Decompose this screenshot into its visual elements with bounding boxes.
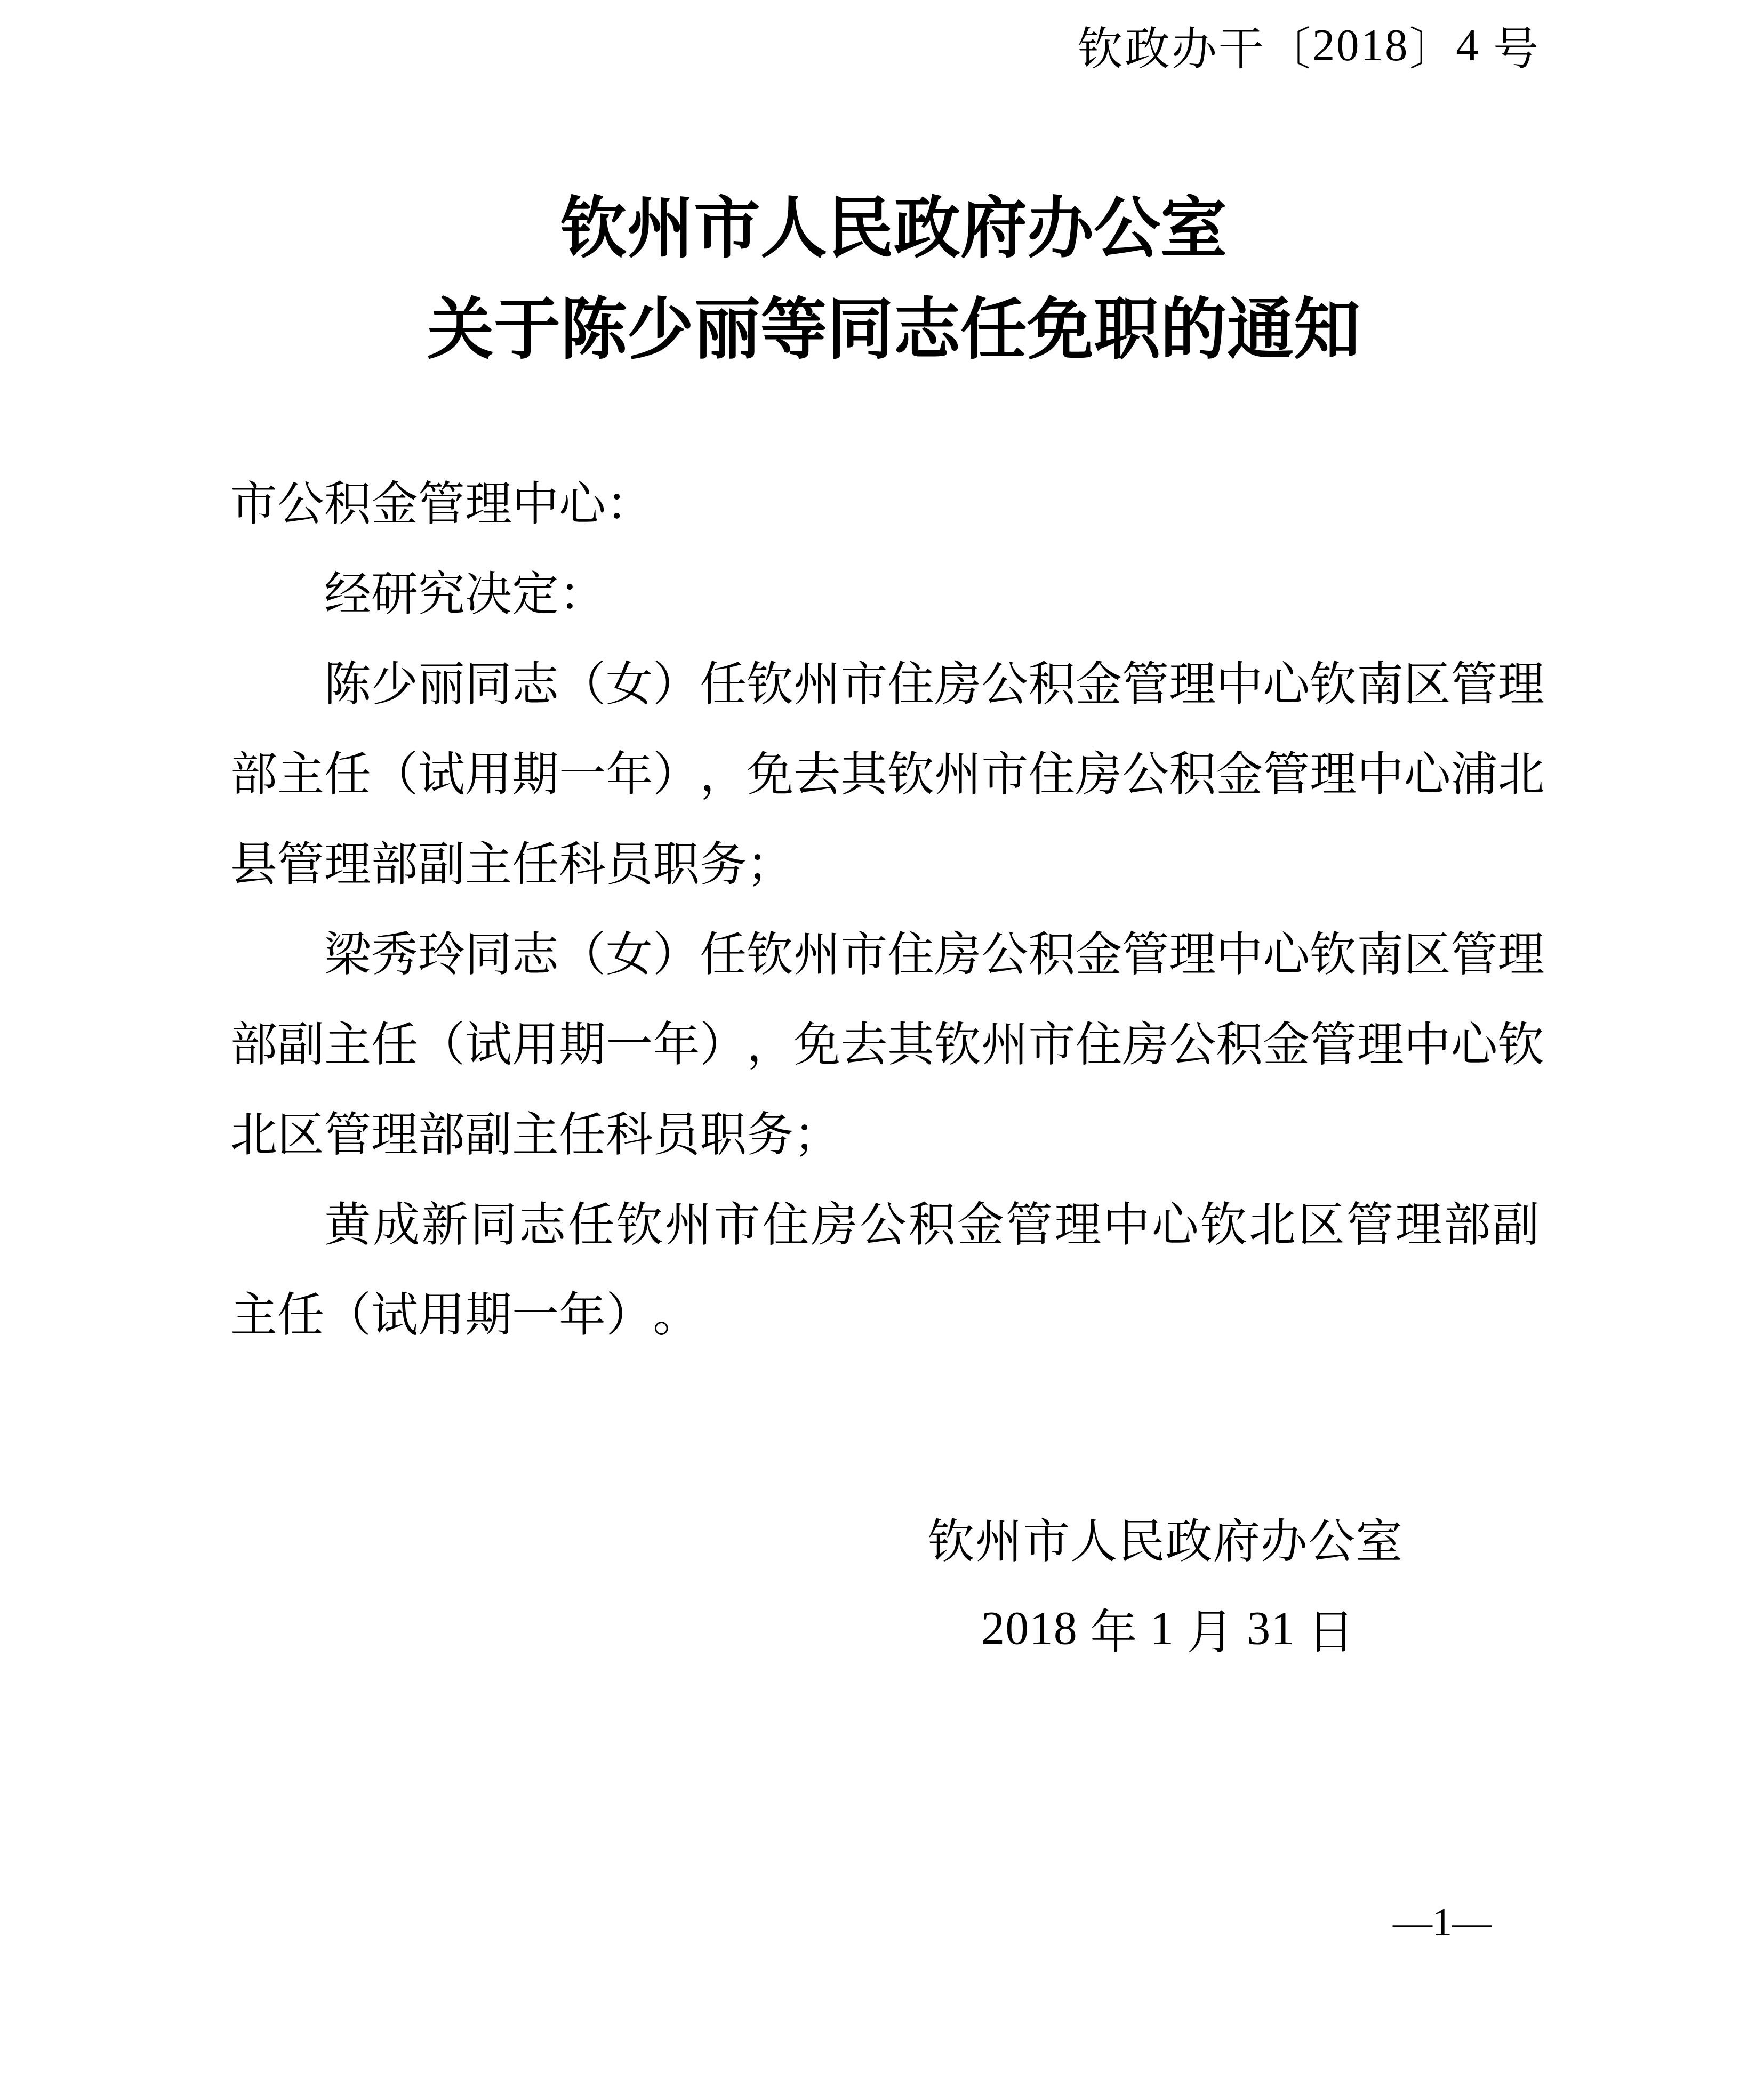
title-line-1: 钦州市人民政府办公室: [560, 188, 1227, 257]
signature-date: 2018 年 1 月 31 日: [981, 1604, 1354, 1653]
body-line: 黄成新同志任钦州市住房公积金管理中心钦北区管理部副: [324, 1176, 1540, 1266]
body-line: 市公积金管理中心：: [230, 455, 653, 545]
body-line: 北区管理部副主任科员职务；: [230, 1085, 840, 1176]
body-line: 经研究决定：: [324, 545, 606, 635]
body-line: 县管理部副主任科员职务；: [230, 815, 793, 905]
page-number: —1—: [1393, 1901, 1489, 1944]
body-line: 陈少丽同志（女）任钦州市住房公积金管理中心钦南区管理: [324, 635, 1540, 725]
signature-org: 钦州市人民政府办公室: [928, 1513, 1402, 1562]
body-line: 梁秀玲同志（女）任钦州市住房公积金管理中心钦南区管理: [324, 905, 1540, 995]
notice-page: 钦政办干〔2018〕4 号 钦州市人民政府办公室 关于陈少丽等同志任免职的通知 …: [0, 0, 1764, 2100]
body-line: 部副主任（试用期一年），免去其钦州市住房公积金管理中心钦: [230, 995, 1540, 1085]
body-line: 部主任（试用期一年），免去其钦州市住房公积金管理中心浦北: [230, 725, 1540, 815]
body-line: 主任（试用期一年）。: [230, 1266, 700, 1356]
title-line-2: 关于陈少丽等同志任免职的通知: [427, 289, 1360, 358]
doc-number: 钦政办干〔2018〕4 号: [1078, 16, 1538, 75]
